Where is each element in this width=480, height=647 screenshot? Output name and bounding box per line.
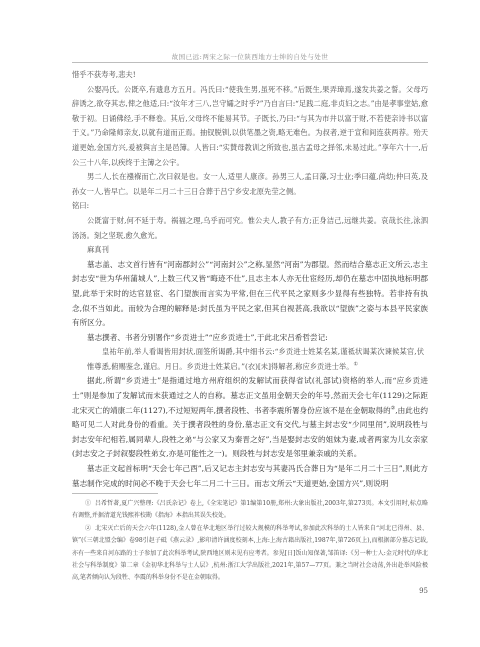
running-header: 故国已远:两宋之际一位陕西地方士绅的自处与处世 <box>72 52 428 61</box>
analysis-paragraph-3-part-a: 据此,所谓“乡贡进士”是指通过地方州府组织的发解试而获得省试(礼部试)资格的举人… <box>72 376 428 414</box>
footnote-2-mark: ② <box>85 525 91 532</box>
header-divider <box>72 62 428 63</box>
main-text: 惜乎不获寿考,悲夫! 公娶冯氏。公既卒,有遗息方五月。冯氏曰:“使我生男,虽死不… <box>72 68 428 491</box>
footnote-divider <box>72 493 158 494</box>
block-quote: 皇祐年前,举人看谒皆用封状,面签所谒爵,其中细书云:“乡贡进士姓某名某,谨祗状谒… <box>72 345 428 374</box>
footnote-1: ① 吕希哲著,夏广兴整理:《吕氏杂记》卷上,《全宋笔记》第1编第10册,郑州:大… <box>72 498 428 523</box>
engraver-credit: 麻真刊 <box>72 243 428 258</box>
epitaph-continuation: 惜乎不获寿考,悲夫! <box>72 68 428 83</box>
footnote-2: ② 北宋灭亡后的天会六年(1128),金人曾在华北地区举行过较大规模的科举考试,… <box>72 523 428 585</box>
footnote-2-text: 北宋灭亡后的天会六年(1128),金人曾在华北地区举行过较大规模的科举考试,参加… <box>72 525 428 582</box>
footnote-1-mark: ① <box>85 500 91 507</box>
page-number: 95 <box>419 587 428 595</box>
epitaph-paragraph-wife: 公娶冯氏。公既卒,有遗息方五月。冯氏曰:“使我生男,虽死不移。”后既生,果弄璋焉… <box>72 83 428 171</box>
footnote-1-text: 吕希哲著,夏广兴整理:《吕氏杂记》卷上,《全宋笔记》第1编第10册,郑州:大象出… <box>72 500 428 519</box>
footnote-ref-1[interactable]: ① <box>354 361 358 367</box>
analysis-paragraph-3: 据此,所谓“乡贡进士”是指通过地方州府组织的发解试而获得省试(礼部试)资格的举人… <box>72 374 428 462</box>
epitaph-paragraph-children: 男二人,长在襁褓而亡,次曰叙是也。女一人,适里人康彦。孙男三人,孟曰藻,习士业;… <box>72 170 428 199</box>
inscription-label: 铭曰: <box>72 199 428 214</box>
analysis-paragraph-2-intro: 墓志撰者、书者分别署作“乡贡进士”“应乡贡进士”,于此北宋吕希哲尝记: <box>72 331 428 346</box>
block-quote-text: 皇祐年前,举人看谒皆用封状,面签所谒爵,其中细书云:“乡贡进士姓某名某,谨祗状谒… <box>87 347 424 371</box>
footnotes: ① 吕希哲著,夏广兴整理:《吕氏杂记》卷上,《全宋笔记》第1编第10册,郑州:大… <box>72 498 428 585</box>
analysis-paragraph-1: 墓志盖、志文首行皆有“河南郡封公”“河南封公”之称,显然“河南”为郡望。然而结合… <box>72 258 428 331</box>
inscription-text: 公既富于财,何不延于寿。祸福之理,乌乎而可究。惟公夫人,教子有方;正身洁己,远继… <box>72 214 428 243</box>
analysis-paragraph-4: 墓志正文起首标明“天会七年己酉”,后又记志主封志安与其妻冯氏合葬日为“是年二月二… <box>72 462 428 491</box>
